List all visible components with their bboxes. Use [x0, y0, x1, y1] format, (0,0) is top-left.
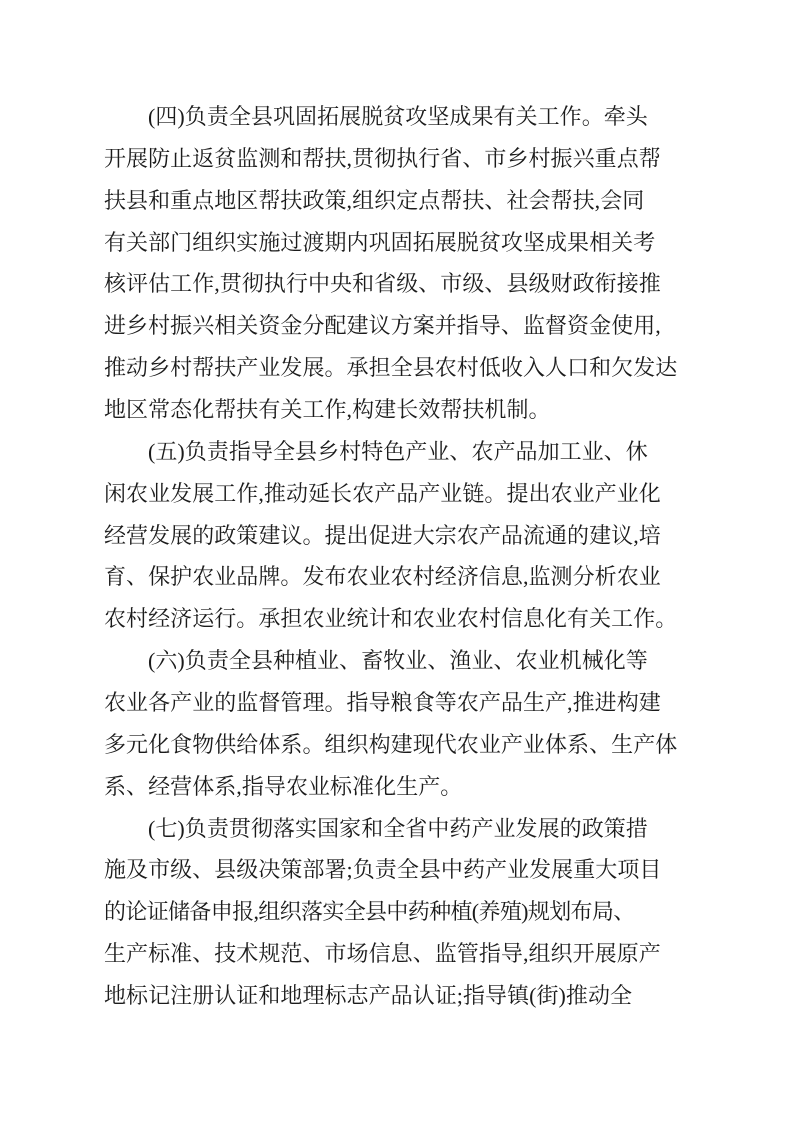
text-line: (七)负责贯彻落实国家和全省中药产业发展的政策措	[104, 808, 744, 850]
text-line: 进乡村振兴相关资金分配建议方案并指导、监督资金使用,	[104, 305, 744, 347]
text-line: 多元化食物供给体系。组织构建现代农业产业体系、生产体	[104, 724, 744, 766]
paragraph-item-six: (六)负责全县种植业、畜牧业、渔业、农业机械化等 农业各产业的监督管理。指导粮食…	[104, 640, 744, 807]
text-line: (六)负责全县种植业、畜牧业、渔业、农业机械化等	[104, 640, 744, 682]
text-line: 系、经营体系,指导农业标准化生产。	[104, 766, 744, 808]
text-line: 农业各产业的监督管理。指导粮食等农产品生产,推进构建	[104, 682, 744, 724]
text-line: 推动乡村帮扶产业发展。承担全县农村低收入人口和欠发达	[104, 347, 744, 389]
text-line: 育、保护农业品牌。发布农业农村经济信息,监测分析农业	[104, 556, 744, 598]
text-line: 有关部门组织实施过渡期内巩固拓展脱贫攻坚成果相关考	[104, 222, 744, 264]
document-body: (四)负责全县巩固拓展脱贫攻坚成果有关工作。牵头 开展防止返贫监测和帮扶,贯彻执…	[104, 96, 744, 1017]
paragraph-item-seven: (七)负责贯彻落实国家和全省中药产业发展的政策措 施及市级、县级决策部署;负责全…	[104, 808, 744, 1017]
text-line: 的论证储备申报,组织落实全县中药种植(养殖)规划布局、	[104, 891, 744, 933]
text-line: 经营发展的政策建议。提出促进大宗农产品流通的建议,培	[104, 515, 744, 557]
text-line: 地标记注册认证和地理标志产品认证;指导镇(街)推动全	[104, 975, 744, 1017]
text-line: (四)负责全县巩固拓展脱贫攻坚成果有关工作。牵头	[104, 96, 744, 138]
text-line: 闲农业发展工作,推动延长农产品产业链。提出农业产业化	[104, 473, 744, 515]
text-line: 核评估工作,贯彻执行中央和省级、市级、县级财政衔接推	[104, 263, 744, 305]
text-line: 扶县和重点地区帮扶政策,组织定点帮扶、社会帮扶,会同	[104, 180, 744, 222]
paragraph-item-four: (四)负责全县巩固拓展脱贫攻坚成果有关工作。牵头 开展防止返贫监测和帮扶,贯彻执…	[104, 96, 744, 431]
text-line: 地区常态化帮扶有关工作,构建长效帮扶机制。	[104, 389, 744, 431]
text-line: (五)负责指导全县乡村特色产业、农产品加工业、休	[104, 431, 744, 473]
text-line: 农村经济运行。承担农业统计和农业农村信息化有关工作。	[104, 598, 744, 640]
document-page: (四)负责全县巩固拓展脱贫攻坚成果有关工作。牵头 开展防止返贫监测和帮扶,贯彻执…	[0, 0, 793, 1122]
text-line: 生产标准、技术规范、市场信息、监管指导,组织开展原产	[104, 933, 744, 975]
text-line: 开展防止返贫监测和帮扶,贯彻执行省、市乡村振兴重点帮	[104, 138, 744, 180]
text-line: 施及市级、县级决策部署;负责全县中药产业发展重大项目	[104, 849, 744, 891]
paragraph-item-five: (五)负责指导全县乡村特色产业、农产品加工业、休 闲农业发展工作,推动延长农产品…	[104, 431, 744, 640]
